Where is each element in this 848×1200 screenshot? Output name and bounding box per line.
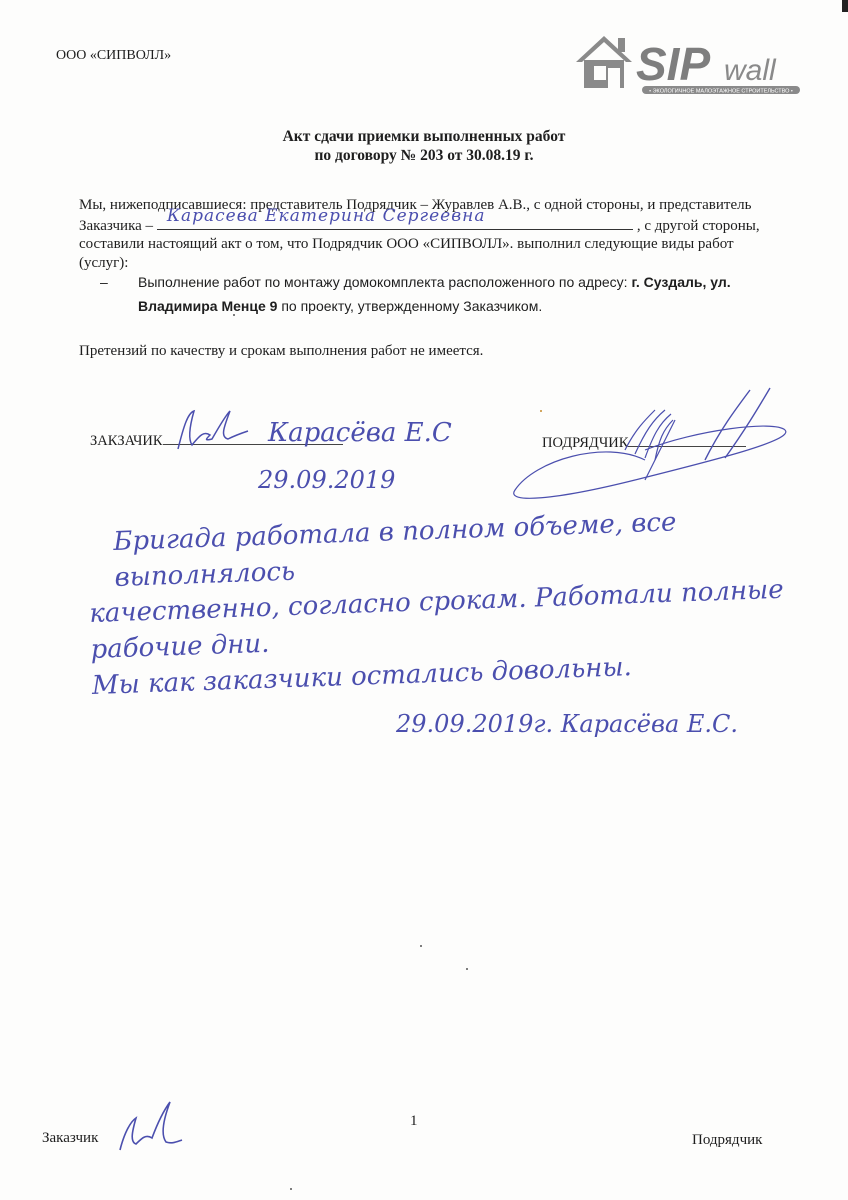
- list-dash: –: [100, 270, 108, 294]
- customer-label: ЗАКЗАЧИК: [90, 433, 163, 449]
- footer-customer-label: Заказчик: [42, 1130, 98, 1147]
- no-claims-statement: Претензий по качеству и срокам выполнени…: [79, 343, 483, 360]
- customer-suffix: , с другой стороны,: [637, 218, 760, 234]
- work-description: Выполнение работ по монтажу домокомплект…: [138, 274, 631, 290]
- svg-text:SIP: SIP: [636, 38, 710, 90]
- scan-speck: [466, 968, 468, 970]
- scan-edge-mark: [842, 0, 848, 12]
- footer-customer-signature: [114, 1098, 184, 1158]
- company-name: ООО «СИПВОЛЛ»: [56, 48, 171, 64]
- note-line-4: 29.09.2019г. Карасёва Е.С.: [396, 706, 836, 742]
- handwritten-note: Бригада работала в полном объеме, все вы…: [96, 524, 836, 742]
- work-address-city: г. Суздаль, ул.: [631, 274, 730, 290]
- svg-text:• ЭКОЛОГИЧНОЕ МАЛОЭТАЖНОЕ СТРО: • ЭКОЛОГИЧНОЕ МАЛОЭТАЖНОЕ СТРОИТЕЛЬСТВО …: [649, 89, 793, 95]
- intro-paragraph: Мы, нижеподписавшиеся: представитель Под…: [79, 196, 794, 272]
- footer-contractor-label: Подрядчик: [692, 1132, 762, 1149]
- intro-line-3: составили настоящий акт о том, что Подря…: [79, 235, 794, 254]
- scan-speck: [540, 410, 542, 412]
- scan-speck: [233, 314, 235, 316]
- title-line-2: по договору № 203 от 30.08.19 г.: [0, 146, 848, 165]
- work-description-end: по проекту, утвержденному Заказчиком.: [277, 298, 542, 314]
- customer-signature-scribble: [170, 405, 250, 455]
- scan-speck: [290, 1188, 292, 1190]
- works-list: – Выполнение работ по монтажу домокомпле…: [100, 270, 790, 318]
- title-line-1: Акт сдачи приемки выполненных работ: [0, 127, 848, 146]
- svg-text:wall: wall: [724, 54, 777, 87]
- scan-speck: [420, 945, 422, 947]
- customer-name-field: Карасева Екатерина Сергеевна: [157, 215, 633, 230]
- customer-name-handwritten: Карасева Екатерина Сергеевна: [167, 207, 486, 226]
- intro-line-2: Заказчика – Карасева Екатерина Сергеевна…: [79, 215, 794, 236]
- document-title: Акт сдачи приемки выполненных работ по д…: [0, 127, 848, 165]
- works-list-item: – Выполнение работ по монтажу домокомпле…: [100, 270, 790, 318]
- page-number: 1: [410, 1113, 418, 1130]
- work-address-street: Владимира Менце 9: [138, 298, 277, 314]
- customer-handwritten-date: 29.09.2019: [258, 466, 395, 494]
- customer-handwritten-name: Карасёва Е.С: [268, 418, 452, 448]
- house-icon: SIP wall • ЭКОЛОГИЧНОЕ МАЛОЭТАЖНОЕ СТРОИ…: [574, 28, 804, 100]
- sipwall-logo: SIP wall • ЭКОЛОГИЧНОЕ МАЛОЭТАЖНОЕ СТРОИ…: [574, 28, 804, 100]
- customer-prefix: Заказчика –: [79, 218, 153, 234]
- contractor-signature-scribble: [495, 380, 795, 510]
